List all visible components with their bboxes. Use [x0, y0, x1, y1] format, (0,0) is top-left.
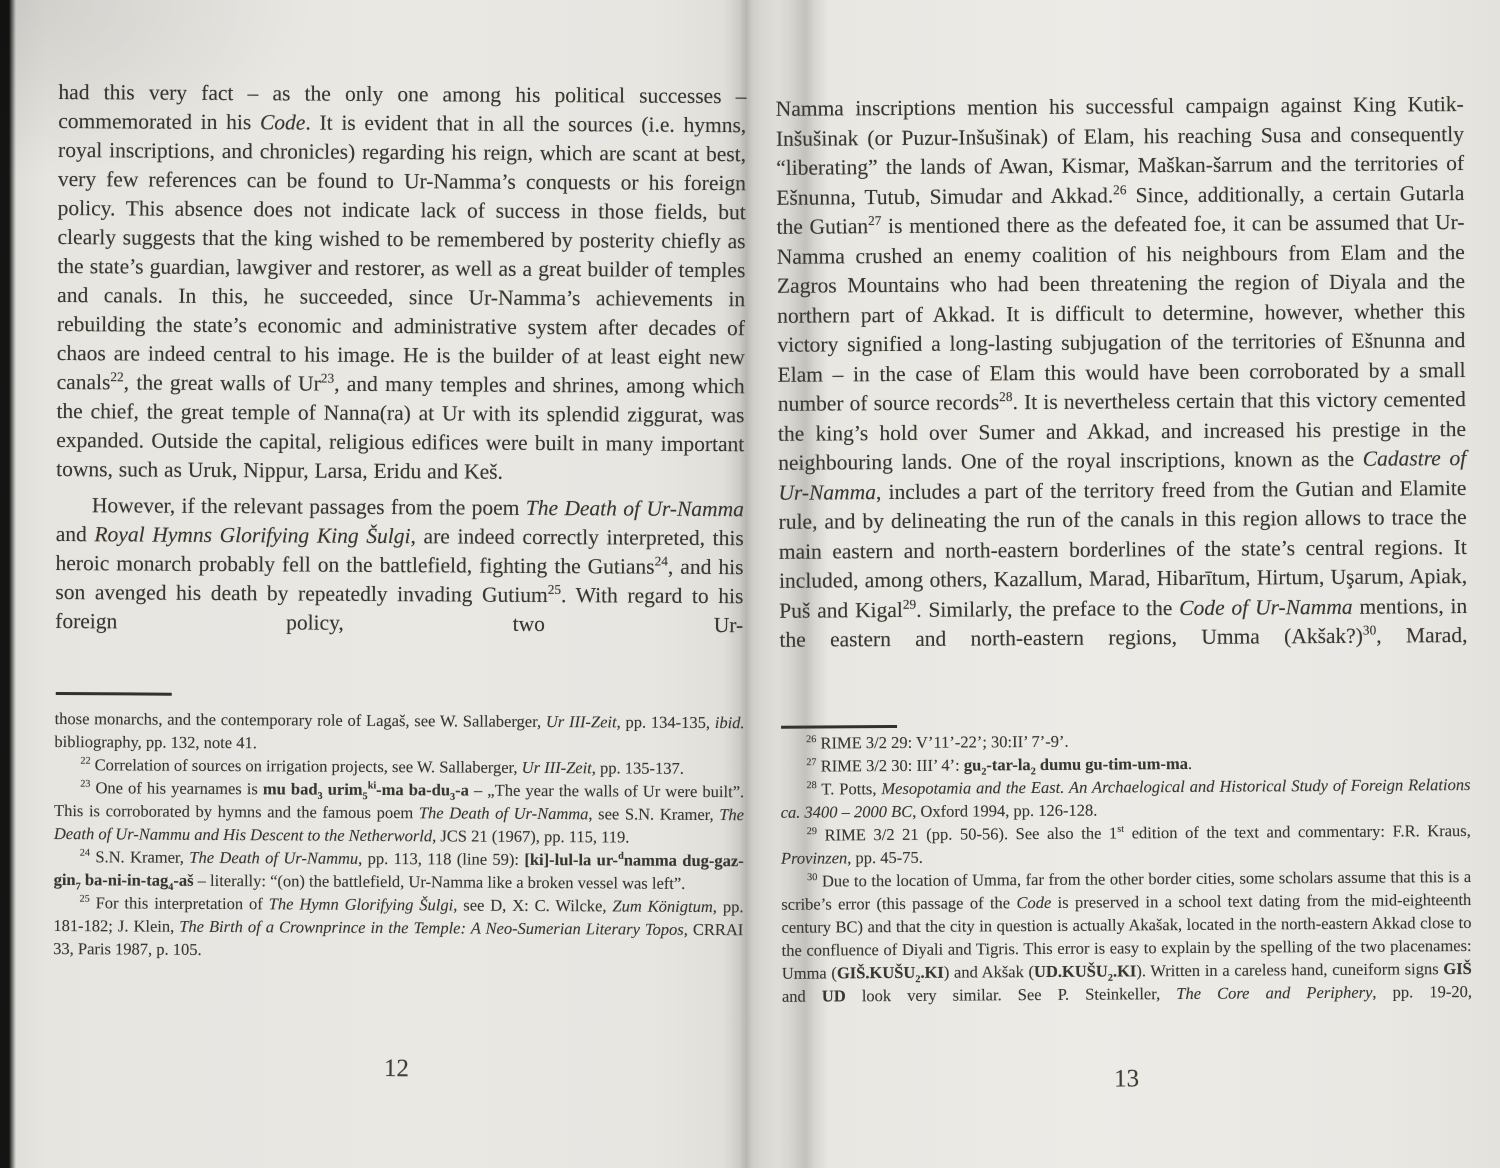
paragraph: had this very fact – as the only one amo… — [56, 78, 746, 488]
footnote-28: 28 T. Potts, Mesopotamia and the East. A… — [780, 773, 1470, 824]
footnote-separator-rule — [781, 725, 897, 729]
footnote-separator-rule — [56, 692, 172, 696]
left-page-body-text: had this very fact – as the only one amo… — [55, 78, 746, 640]
footnote-continuation: those monarchs, and the contemporary rol… — [54, 707, 744, 757]
paragraph: However, if the relevant passages from t… — [55, 491, 744, 640]
footnote-23: 23 One of his yearnames is mu bad3 urim5… — [54, 776, 744, 849]
footnote-30: 30 Due to the location of Umma, far from… — [781, 865, 1472, 1008]
right-page: Namma inscriptions mention his successfu… — [775, 0, 1471, 1168]
book-scan: had this very fact – as the only one amo… — [0, 0, 1500, 1168]
footnote-25: 25 For this interpretation of The Hymn G… — [53, 891, 743, 964]
left-page: had this very fact – as the only one amo… — [52, 0, 747, 1168]
left-page-footnotes: those monarchs, and the contemporary rol… — [53, 707, 745, 964]
page-number-left: 12 — [52, 1053, 740, 1085]
footnote-29: 29 RIME 3/2 21 (pp. 50-56). See also the… — [781, 819, 1471, 870]
paragraph: Namma inscriptions mention his successfu… — [776, 90, 1468, 655]
page-number-right: 13 — [782, 1063, 1470, 1096]
footnote-24: 24 S.N. Kramer, The Death of Ur-Nammu, p… — [54, 845, 744, 895]
right-page-body-text: Namma inscriptions mention his successfu… — [776, 90, 1468, 655]
right-page-footnotes: 26 RIME 3/2 29: V’11’-22’; 30:II’ 7’-9’.… — [780, 727, 1472, 1008]
scan-left-edge — [0, 0, 16, 1168]
